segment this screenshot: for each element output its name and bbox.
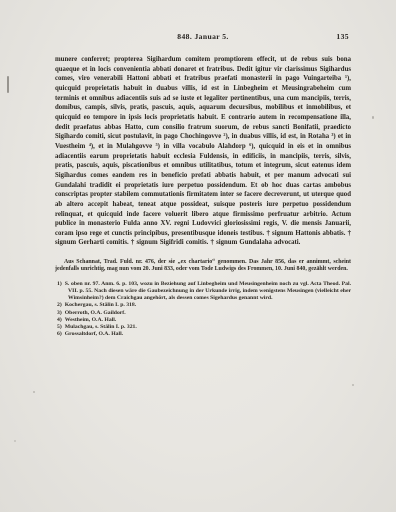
date-heading: 848. Januar 5. xyxy=(55,32,351,41)
footnote-marker: 5) xyxy=(57,324,65,330)
footnote-text: Kochergau, s. Stälin I. p. 318. xyxy=(65,302,136,308)
footnote-item: 6)Grossaltdorf, O.A. Hall. xyxy=(55,331,351,338)
footnote-marker: 1) xyxy=(57,281,65,287)
footnote-text: Oberroth, O.A. Gaildorf. xyxy=(65,310,126,316)
footnote-marker: 6) xyxy=(57,331,65,337)
footnote-text: S. oben nr. 97. Anm. 6. p. 103, wozu in … xyxy=(65,281,351,302)
footnote-text: Grossaltdorf, O.A. Hall. xyxy=(65,331,123,337)
scan-artifact xyxy=(33,391,35,393)
footnote-item: 2)Kochergau, s. Stälin I. p. 318. xyxy=(55,302,351,309)
source-note: Aus Schannat, Trad. Fuld. nr. 476, der s… xyxy=(55,259,351,274)
footnote-marker: 2) xyxy=(57,302,65,308)
charter-paragraph: munere conferret; propterea Sigihardum c… xyxy=(55,55,351,248)
text-block: 848. Januar 5. 135 munere conferret; pro… xyxy=(55,32,351,339)
footnote-item: 3)Oberroth, O.A. Gaildorf. xyxy=(55,310,351,317)
scan-artifact xyxy=(372,116,374,119)
footnotes-section: 1)S. oben nr. 97. Anm. 6. p. 103, wozu i… xyxy=(55,281,351,339)
footnote-item: 1)S. oben nr. 97. Anm. 6. p. 103, wozu i… xyxy=(55,281,351,303)
running-header: 848. Januar 5. 135 xyxy=(55,32,351,45)
footnote-text: Mulachgau, s. Stälin I. p. 321. xyxy=(65,324,137,330)
footnote-marker: 4) xyxy=(57,317,65,323)
page-number: 135 xyxy=(336,32,349,41)
scan-artifact xyxy=(14,440,16,442)
scan-artifact xyxy=(352,384,354,386)
footnote-marker: 3) xyxy=(57,310,65,316)
footnote-text: Westheim, O.A. Hall. xyxy=(65,317,117,323)
scan-artifact xyxy=(7,76,9,93)
charter-body-text: munere conferret; propterea Sigihardum c… xyxy=(55,56,351,237)
scanned-book-page: 848. Januar 5. 135 munere conferret; pro… xyxy=(0,0,396,512)
